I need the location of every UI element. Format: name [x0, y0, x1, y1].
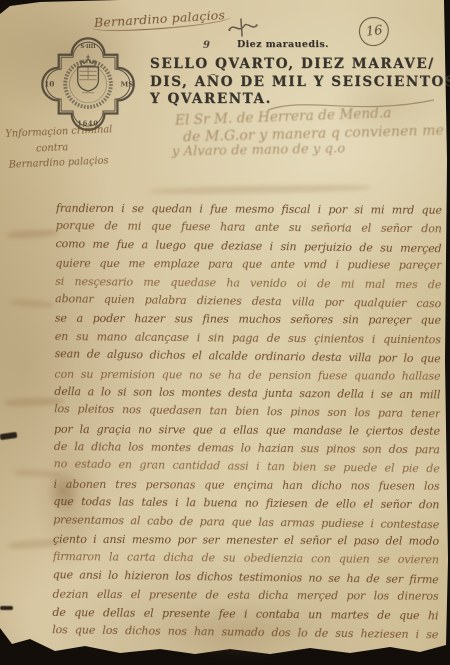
seal-left-value: 10 [44, 80, 54, 89]
body-line: frandieron i se quedan i fue mesmo fisca… [56, 200, 442, 220]
manuscript-body: frandieron i se quedan i fue mesmo fisca… [52, 199, 442, 644]
body-line: dezian ellas el presente de esta dicha m… [52, 586, 438, 606]
seal-title-line: DIS, AÑO DE MIL Y SEISCIENTOS [150, 74, 442, 92]
seal-title-line: SELLO QVARTO, DIEZ MARAVE/ [150, 56, 442, 74]
body-line: i abonen tres personas que ençima han di… [53, 476, 439, 496]
seal-right-value: MS [121, 81, 134, 89]
folio-number: 16 [365, 23, 383, 40]
margin-case-note: Ynformaçion criminalcontraBernardino pal… [5, 121, 139, 173]
body-line: por la graçia no sirve que a ellas que m… [54, 420, 440, 440]
body-line: con su premision que no se ha de pension… [54, 365, 440, 385]
body-line: çiento i ansi mesmo por ser menester el … [53, 531, 439, 551]
seal-top-label: S·IIII [80, 44, 96, 50]
body-line: quiere que me emplaze para que ante vmd … [55, 255, 441, 275]
manuscript-scan: S·IIII 10 MS 1640 Bernardino palaçios 16… [0, 0, 450, 665]
fee-line: Diez marauedis. [237, 39, 329, 50]
body-line: se a poder hazer sus fines muchos señore… [55, 310, 441, 330]
heading-script-line: y Alvaro de mano de y q.o [172, 141, 346, 159]
paragraph-mark: 9 [203, 40, 210, 51]
